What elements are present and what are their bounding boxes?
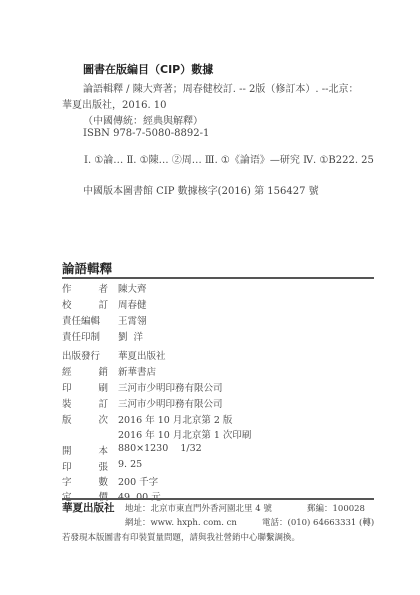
detail-value: 三河市少明印務有限公司: [118, 396, 223, 410]
quality-notice: 若發現本版圖書有印裝質量問題，請與我社營銷中心聯繫調換。: [62, 531, 300, 543]
credit-value: 劉 洋: [118, 329, 143, 343]
detail-row: 版次 2016 年 10 月北京第 2 版: [62, 412, 232, 426]
credit-row: 責任編輯 王霄翎: [62, 313, 147, 327]
detail-label: 本: [98, 443, 108, 457]
detail-label: 開: [62, 443, 72, 457]
detail-label: 出版發行: [62, 348, 100, 362]
publisher-postcode: 郵編：100028: [307, 502, 365, 514]
cip-classification: Ⅰ. ①論… Ⅱ. ①陳… ②周… Ⅲ. ①《論语》—研究 Ⅳ. ①B222. …: [84, 151, 374, 166]
credit-label: 責任印制: [62, 329, 100, 343]
credit-label: 訂: [98, 297, 108, 311]
credit-value: 周春健: [118, 297, 147, 311]
detail-label: 裝: [62, 396, 72, 410]
credit-label: 責任編輯: [62, 313, 100, 327]
detail-value: 華夏出版社: [118, 348, 166, 362]
credit-label: 校: [62, 297, 72, 311]
book-title: 論語輯釋: [62, 259, 112, 277]
detail-label: 經: [62, 364, 72, 378]
cip-isbn: ISBN 978-7-5080-8892-1: [83, 128, 209, 139]
title-divider: [62, 277, 374, 279]
publisher-phone: 電話：(010) 64663331 (轉): [262, 516, 374, 528]
detail-value: 新華書店: [118, 364, 156, 378]
detail-row: 出版發行 華夏出版社: [62, 348, 166, 362]
credit-value: 陳大齊: [118, 281, 147, 295]
cip-line-1: 論語輯釋 / 陳大齊著；周春健校訂. -- 2版（修訂本）. --北京：: [83, 80, 359, 95]
detail-row: 印張 9. 25: [62, 459, 142, 473]
detail-row: 印刷 三河市少明印務有限公司: [62, 380, 223, 394]
credit-label: 者: [98, 281, 108, 295]
cip-record-number: 中國版本圖書館 CIP 數據核字(2016) 第 156427 號: [83, 182, 319, 197]
publisher-website: 網址：www. hxph. com. cn: [125, 516, 237, 528]
cip-line-3: （中國傳統：經典與解釋）: [83, 112, 203, 127]
credit-row: 作者 陳大齊: [62, 281, 147, 295]
publisher-address: 地址：北京市東直門外香河園北里 4 號: [125, 502, 272, 514]
publisher-name: 華夏出版社: [62, 500, 115, 515]
detail-label: 張: [98, 459, 108, 473]
detail-label: 印: [62, 459, 72, 473]
detail-row: 開本 880×1230 1/32: [62, 443, 202, 457]
detail-value: 880×1230 1/32: [118, 443, 202, 457]
cip-heading: 圖書在版編目（CIP）數據: [83, 61, 213, 77]
credit-label: 作: [62, 281, 72, 295]
detail-label: 次: [98, 412, 108, 426]
detail-row: 經銷 新華書店: [62, 364, 156, 378]
credit-value: 王霄翎: [118, 313, 147, 327]
detail-label: 訂: [98, 396, 108, 410]
detail-value: 2016 年 10 月北京第 1 次印刷: [118, 427, 251, 441]
credit-row: 責任印制 劉 洋: [62, 329, 143, 343]
detail-label: 刷: [98, 380, 108, 394]
detail-label: 版: [62, 412, 72, 426]
detail-label: 印: [62, 380, 72, 394]
detail-label: 字: [62, 474, 72, 488]
detail-value: 200 千字: [118, 474, 158, 488]
detail-row: 裝訂 三河市少明印務有限公司: [62, 396, 223, 410]
detail-row: 2016 年 10 月北京第 1 次印刷: [62, 427, 251, 441]
credit-row: 校訂 周春健: [62, 297, 147, 311]
detail-label: 銷: [98, 364, 108, 378]
cip-line-2: 華夏出版社，2016. 10: [62, 96, 167, 111]
detail-value: 三河市少明印務有限公司: [118, 380, 223, 394]
detail-row: 字數 200 千字: [62, 474, 158, 488]
detail-label: 數: [98, 474, 108, 488]
detail-value: 9. 25: [118, 459, 142, 473]
detail-value: 2016 年 10 月北京第 2 版: [118, 412, 232, 426]
detail-value: 49. 00 元: [118, 489, 161, 503]
